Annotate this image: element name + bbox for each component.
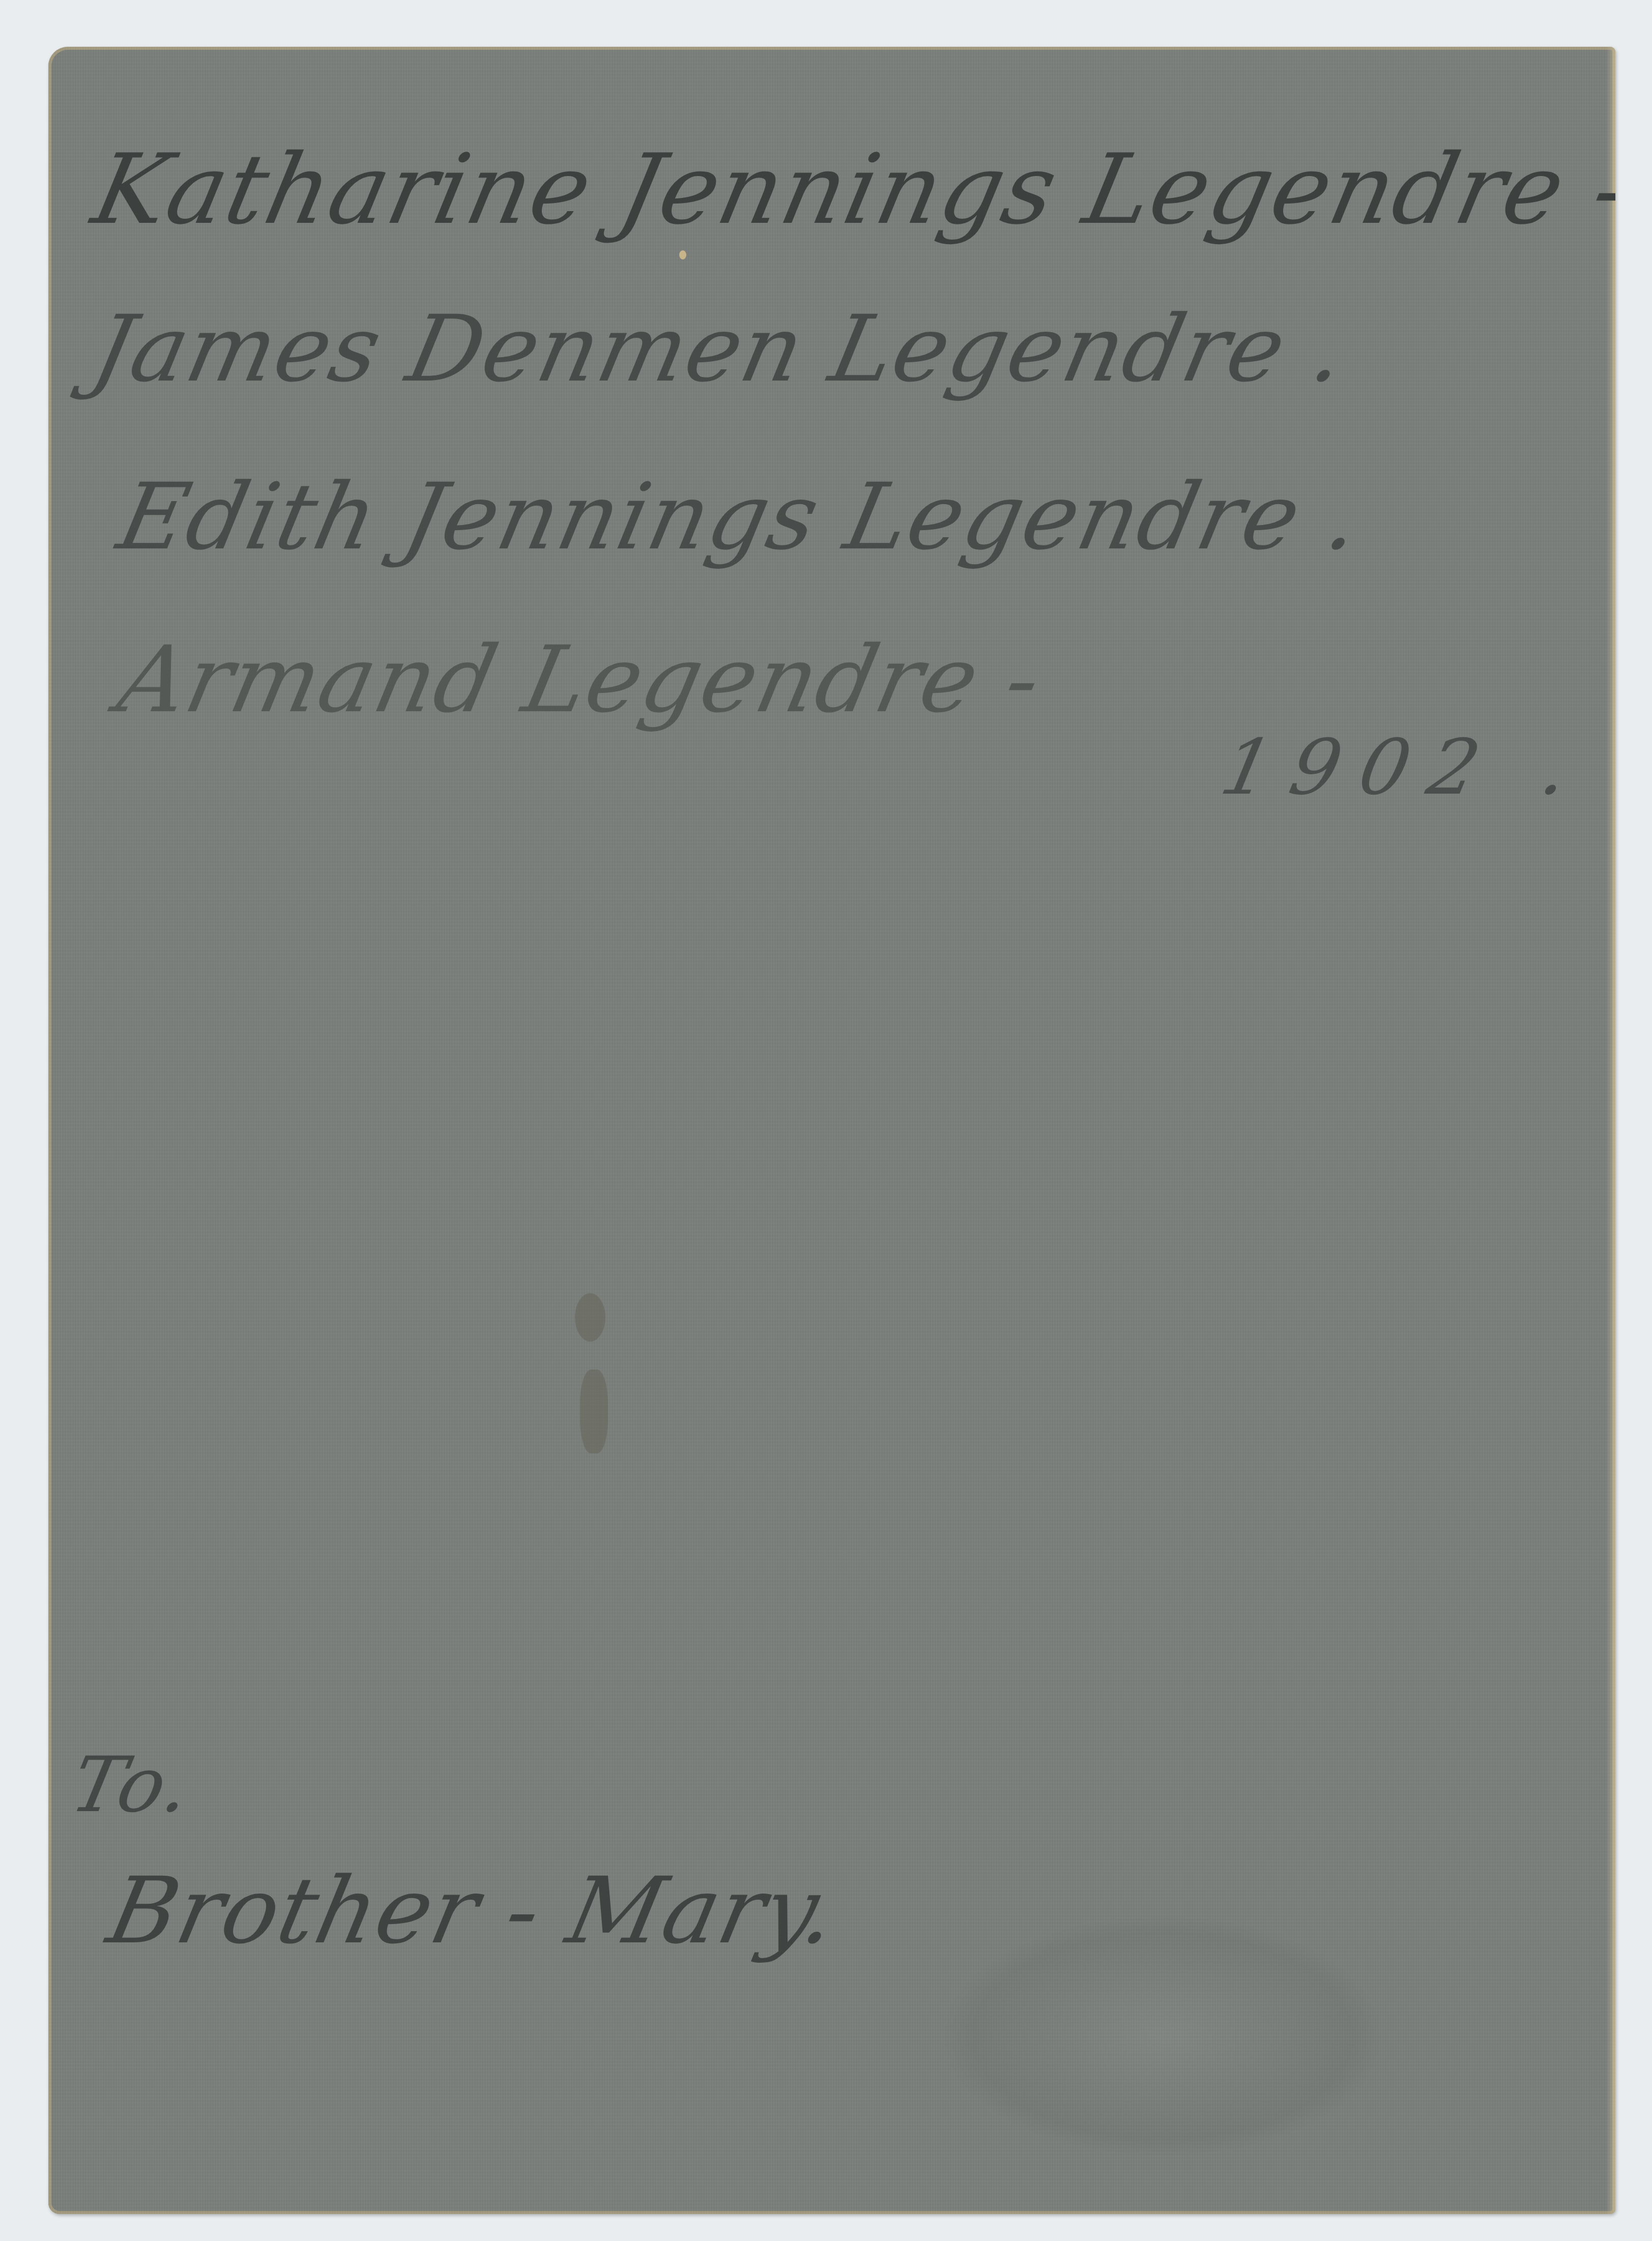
handwritten-name-4: Armand Legendre - xyxy=(109,627,1051,733)
handwritten-name-1: Katharine Jennings Legendre - xyxy=(84,133,1615,246)
card-edge xyxy=(1606,47,1615,2214)
paper-spot xyxy=(679,250,686,259)
dedication-recipient: Brother - Mary. xyxy=(99,1858,847,1964)
handwritten-name-2: James Denmen Legendre . xyxy=(84,296,1356,402)
photo-card-back: Katharine Jennings Legendre - James Denm… xyxy=(48,47,1615,2214)
handwritten-name-3: Edith Jennings Legendre . xyxy=(109,464,1371,570)
water-stain xyxy=(580,1370,608,1453)
handwritten-year: 1902 . xyxy=(1213,723,1597,812)
dedication-to-label: To. xyxy=(64,1741,199,1829)
embossed-stamp xyxy=(939,1914,1386,2158)
water-stain xyxy=(575,1293,605,1342)
